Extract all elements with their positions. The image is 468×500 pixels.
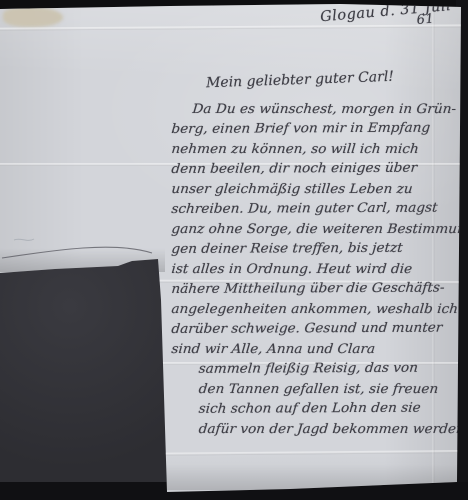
handwriting-line: sammeln fleißig Reisig, das von [160,358,468,380]
handwriting-line: sind wir Alle, Anna und Clara [160,340,468,360]
handwriting-line: gen deiner Reise treffen, bis jetzt [160,238,468,260]
handwriting-line: angelegenheiten ankommen, weshalb ich [160,300,468,320]
handwriting-line: den Tannen gefallen ist, sie freuen [160,380,468,400]
handwriting-line: ist alles in Ordnung. Heut wird die [160,260,468,280]
letter-scan-stage: Glogau d. 31 Juli 61 Mein geliebter gute… [0,0,468,500]
handwriting-line: dafür von der Jagd bekommen werden. [160,420,468,440]
handwriting-line: nähere Mittheilung über die Geschäfts- [160,278,468,300]
backdrop-lower-left-block [0,252,166,500]
handwriting-line: Da Du es wünschest, morgen in Grün- [160,100,468,120]
ink-flourish-stroke [2,247,152,258]
handwriting-line: berg, einen Brief von mir in Empfang [160,118,468,140]
handwriting-line: nehmen zu können, so will ich mich [160,140,468,160]
handwriting-line: sich schon auf den Lohn den sie [160,398,468,420]
pencil-scribble [14,239,34,240]
paper-stain-small [9,15,37,27]
letter-body: Da Du es wünschest, morgen in Grün- berg… [160,100,468,440]
handwriting-line: schreiben. Du, mein guter Carl, magst [160,198,468,220]
handwriting-line: unser gleichmäßig stilles Leben zu [160,180,468,200]
dateline: Glogau d. 31 Juli 61 [221,0,452,45]
handwriting-line: ganz ohne Sorge, die weiteren Bestimmun- [160,220,468,240]
handwriting-line: denn beeilen, dir noch einiges über [160,158,468,180]
salutation: Mein geliebter guter Carl! [150,67,450,93]
handwriting-line: darüber schweige. Gesund und munter [160,318,468,340]
